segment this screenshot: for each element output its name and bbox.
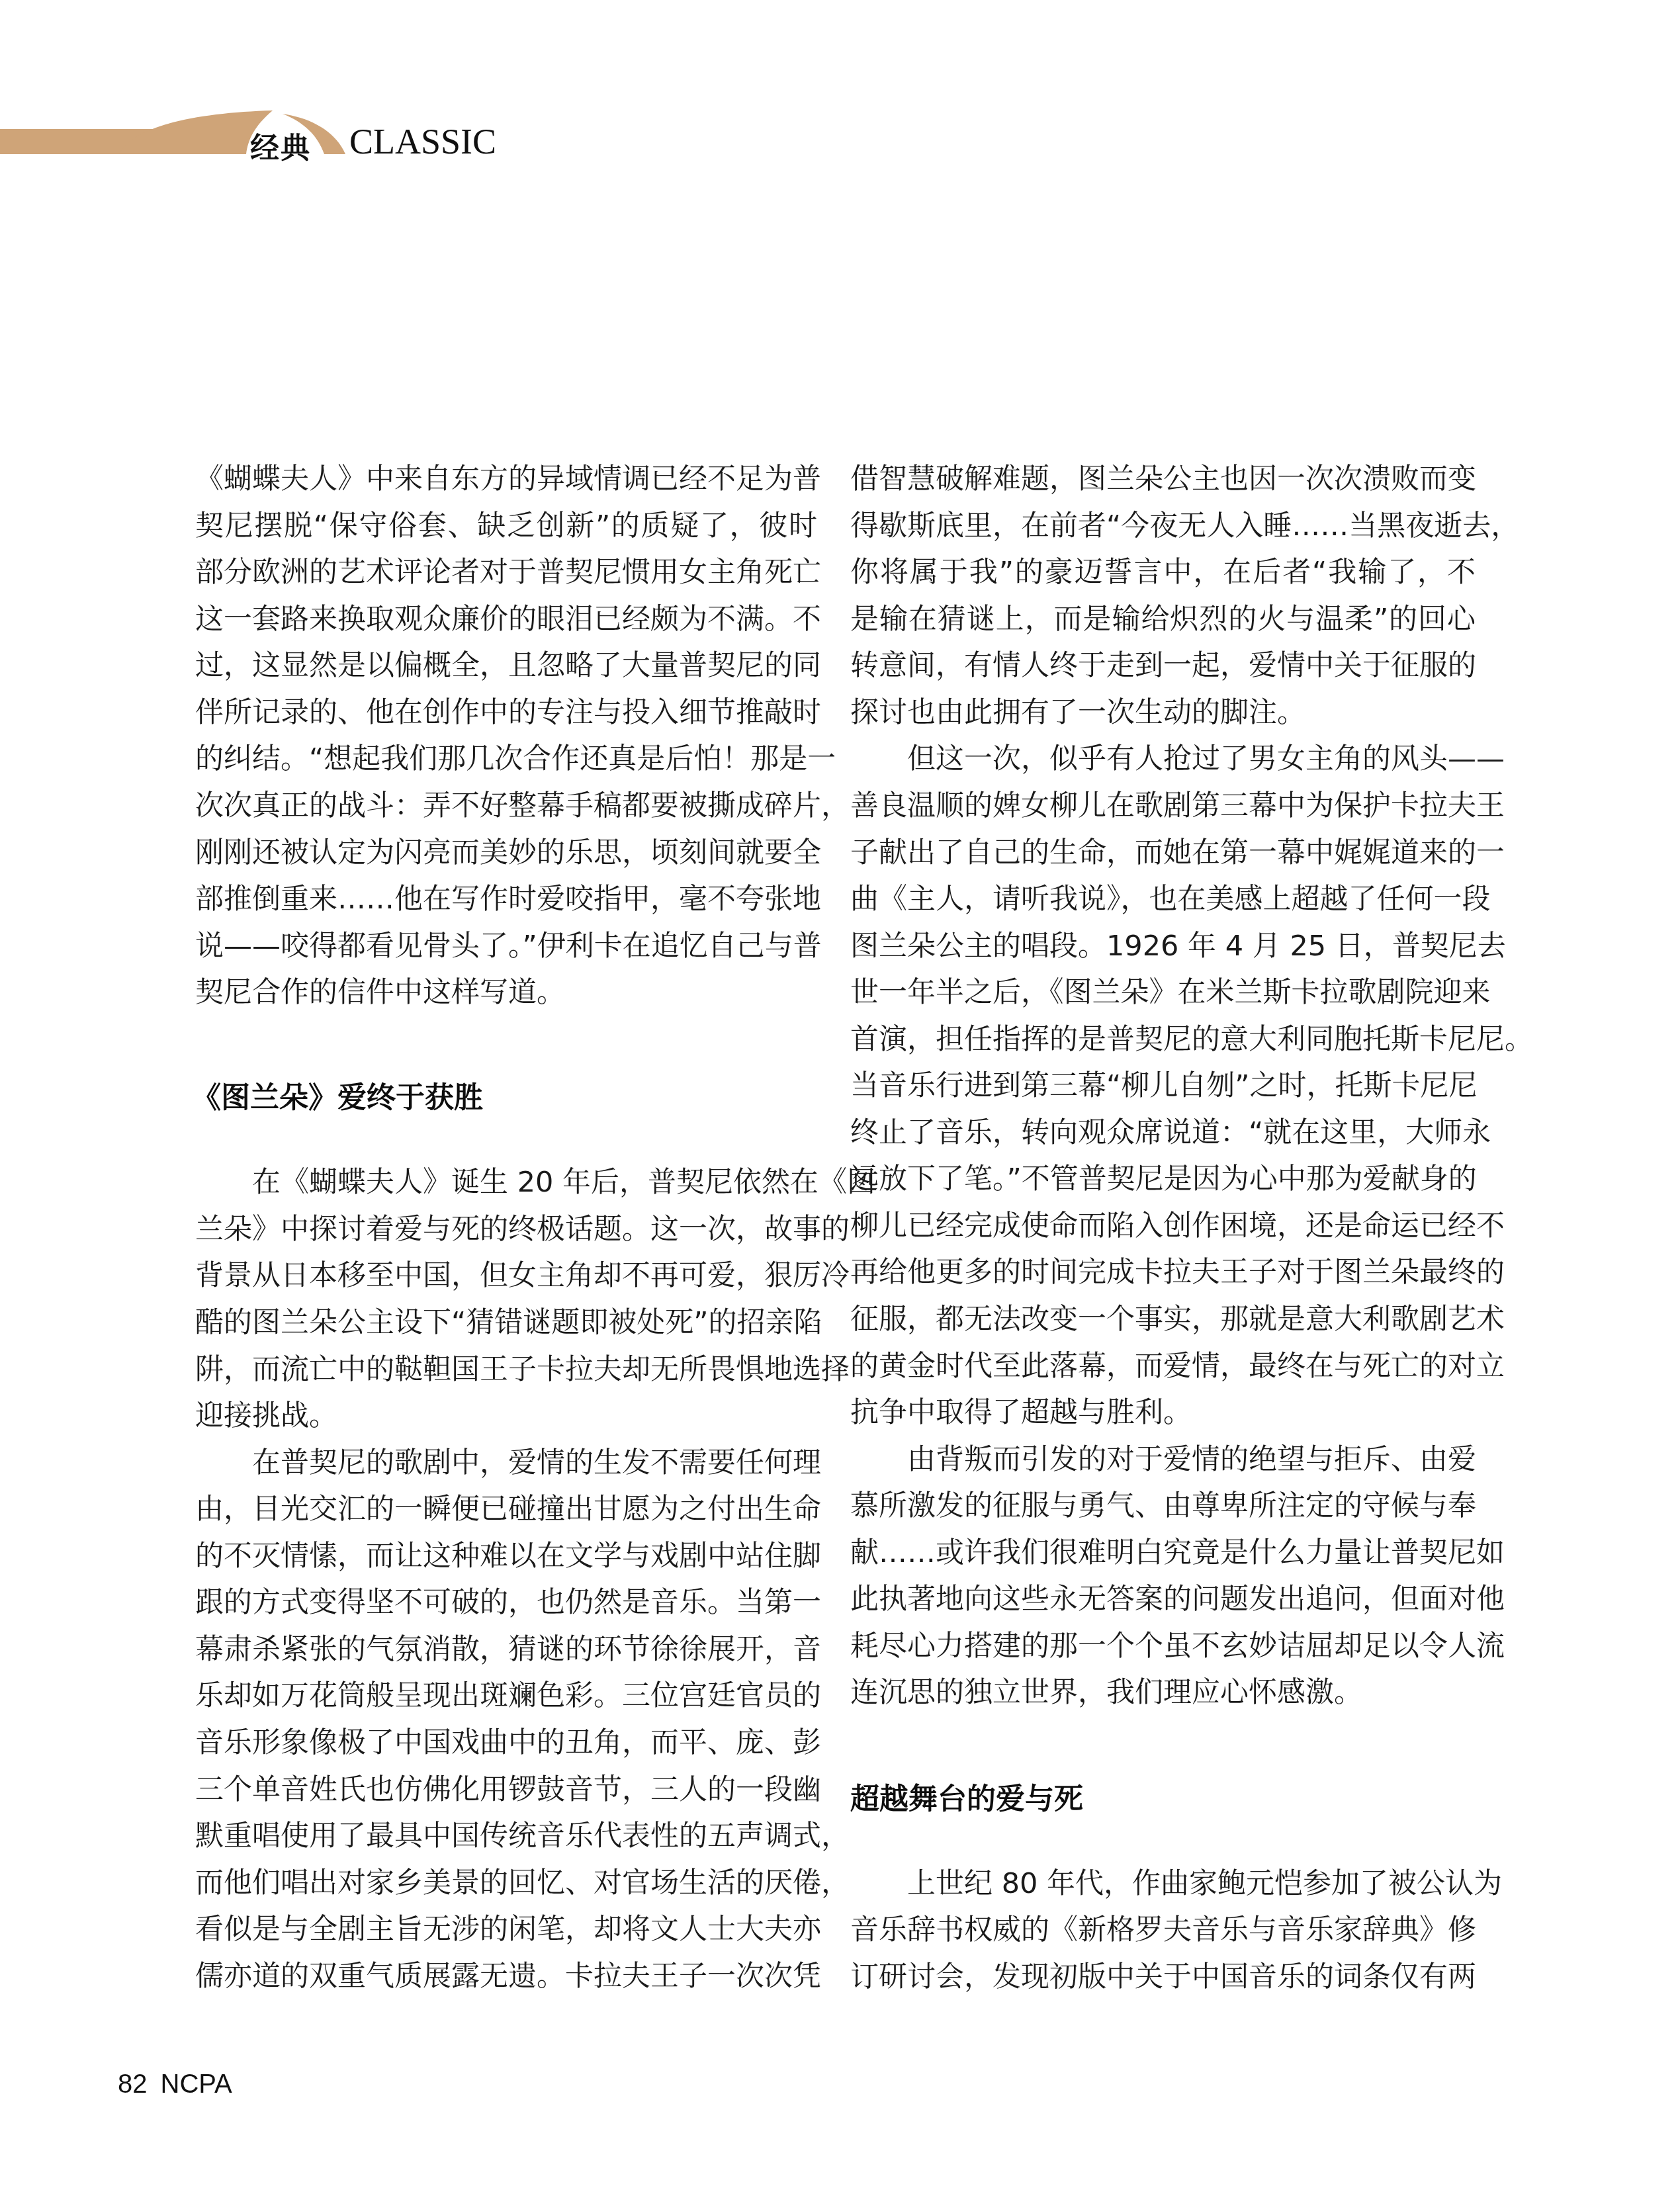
text-line: 耗尽心力搭建的那一个个虽不玄妙诘屈却足以令人流 [850,1630,1476,1663]
text-line: 看似是与全剧主旨无涉的闲笔，却将文人士大夫亦 [195,1913,817,1946]
text-line: 柳儿已经完成使命而陷入创作困境，还是命运已经不 [850,1209,1476,1243]
text-line: 得歇斯底里，在前者“今夜无人入睡……当黑夜逝去， [850,509,1476,543]
text-line: 此执著地向这些永无答案的问题发出追问，但面对他 [850,1583,1476,1616]
text-line: 音乐形象像极了中国戏曲中的丑角，而平、庞、彭 [195,1726,817,1759]
text-line: 酷的图兰朵公主设下“猜错谜题即被处死”的招亲陷 [195,1306,817,1339]
text-line: 《蝴蝶夫人》中来自东方的异域情调已经不足为普 [195,462,817,496]
text-line: 终止了音乐，转向观众席说道：“就在这里，大师永 [850,1116,1476,1149]
text-line: 但这一次，似乎有人抢过了男女主角的风头—— [850,742,1476,775]
section-title-en: CLASSIC [349,121,496,162]
section-title-cn: 经典 [250,124,311,167]
text-line: 远放下了笔。”不管普契尼是因为心中那为爱献身的 [850,1162,1476,1196]
text-line: 善良温顺的婢女柳儿在歌剧第三幕中为保护卡拉夫王 [850,789,1476,822]
text-line: 音乐辞书权威的《新格罗夫音乐与音乐家辞典》修 [850,1913,1476,1947]
text-line: 世一年半之后，《图兰朵》在米兰斯卡拉歌剧院迎来 [850,976,1476,1009]
text-line: 而他们唱出对家乡美景的回忆、对官场生活的厌倦， [195,1866,817,1900]
text-line: 转意间，有情人终于走到一起，爱情中关于征服的 [850,649,1476,682]
text-line: 献……或许我们很难明白究竟是什么力量让普契尼如 [850,1536,1476,1569]
text-line: 征服，都无法改变一个事实，那就是意大利歌剧艺术 [850,1303,1476,1336]
text-line: 是输在猜谜上，而是输给炽烈的火与温柔”的回心 [850,603,1476,636]
text-line: 三个单音姓氏也仿佛化用锣鼓音节，三人的一段幽 [195,1773,817,1806]
text-line: 刚刚还被认定为闪亮而美妙的乐思，顷刻间就要全 [195,836,817,869]
publication-name: NCPA [161,2070,232,2099]
text-line: 背景从日本移至中国，但女主角却不再可爱，狠厉冷 [195,1259,817,1292]
text-line: 抗争中取得了超越与胜利。 [850,1396,1476,1429]
text-line: 借智慧破解难题，图兰朵公主也因一次次溃败而变 [850,462,1476,496]
text-line: 图兰朵公主的唱段。1926 年 4 月 25 日，普契尼去 [850,930,1476,963]
text-line: 在《蝴蝶夫人》诞生 20 年后，普契尼依然在《图 [195,1166,817,1199]
text-line: 默重唱使用了最具中国传统音乐代表性的五声调式， [195,1819,817,1853]
text-line: 迎接挑战。 [195,1399,817,1432]
text-line: 的纠结。“想起我们那几次合作还真是后怕！那是一 [195,742,817,775]
text-line: 阱，而流亡中的鞑靼国王子卡拉夫却无所畏惧地选择 [195,1353,817,1386]
text-line: 慕所激发的征服与勇气、由尊卑所注定的守候与奉 [850,1489,1476,1522]
text-line: 首演，担任指挥的是普契尼的意大利同胞托斯卡尼尼。 [850,1023,1476,1056]
text-line: 的黄金时代至此落幕，而爱情，最终在与死亡的对立 [850,1350,1476,1383]
text-line: 由，目光交汇的一瞬便已碰撞出甘愿为之付出生命 [195,1493,817,1526]
text-line: 部分欧洲的艺术评论者对于普契尼惯用女主角死亡 [195,556,817,589]
text-line: 由背叛而引发的对于爱情的绝望与拒斥、由爱 [850,1443,1476,1476]
text-line: 部推倒重来……他在写作时爱咬指甲，毫不夸张地 [195,883,817,916]
text-line: 幕肃杀紧张的气氛消散，猜谜的环节徐徐展开，音 [195,1633,817,1666]
text-line: 探讨也由此拥有了一次生动的脚注。 [850,696,1476,729]
text-line: 你将属于我”的豪迈誓言中，在后者“我输了，不 [850,556,1476,589]
text-line: 跟的方式变得坚不可破的，也仍然是音乐。当第一 [195,1586,817,1619]
section-heading-beyond-stage: 超越舞台的爱与死 [850,1775,1083,1817]
page-footer: 82NCPA [118,2070,232,2099]
text-line: 说——咬得都看见骨头了。”伊利卡在追忆自己与普 [195,930,817,963]
text-line: 上世纪 80 年代，作曲家鲍元恺参加了被公认为 [850,1867,1476,1900]
text-line: 儒亦道的双重气质展露无遗。卡拉夫王子一次次凭 [195,1960,817,1993]
text-line: 次次真正的战斗：弄不好整幕手稿都要被撕成碎片， [195,789,817,822]
text-line: 乐却如万花筒般呈现出斑斓色彩。三位宫廷官员的 [195,1679,817,1712]
text-line: 兰朵》中探讨着爱与死的终极话题。这一次，故事的 [195,1213,817,1246]
text-line: 再给他更多的时间完成卡拉夫王子对于图兰朵最终的 [850,1256,1476,1289]
text-line: 契尼摆脱“保守俗套、缺乏创新”的质疑了，彼时 [195,509,817,543]
page-number: 82 [118,2070,148,2099]
section-heading-turandot: 《图兰朵》爱终于获胜 [192,1074,483,1116]
text-line: 这一套路来换取观众廉价的眼泪已经颇为不满。不 [195,603,817,636]
text-line: 子献出了自己的生命，而她在第一幕中娓娓道来的一 [850,836,1476,869]
text-line: 过，这显然是以偏概全，且忽略了大量普契尼的同 [195,649,817,682]
text-line: 伴所记录的、他在创作中的专注与投入细节推敲时 [195,696,817,729]
text-line: 契尼合作的信件中这样写道。 [195,976,817,1009]
text-line: 订研讨会，发现初版中关于中国音乐的词条仅有两 [850,1960,1476,1993]
text-line: 当音乐行进到第三幕“柳儿自刎”之时，托斯卡尼尼 [850,1069,1476,1102]
text-line: 在普契尼的歌剧中，爱情的生发不需要任何理 [195,1446,817,1479]
text-line: 的不灭情愫，而让这种难以在文学与戏剧中站住脚 [195,1540,817,1573]
text-line: 曲《主人，请听我说》，也在美感上超越了任何一段 [850,883,1476,916]
text-line: 连沉思的独立世界，我们理应心怀感激。 [850,1676,1476,1709]
